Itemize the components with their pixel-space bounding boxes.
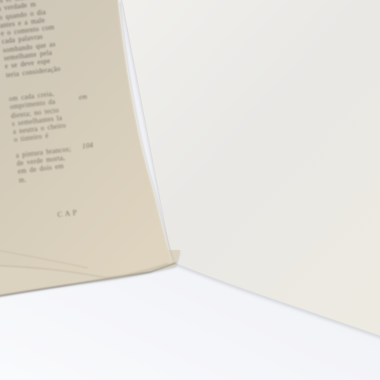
text-line-right-fragment: 104 bbox=[82, 142, 94, 152]
photo-of-book-page: as er mais de a verdade m o quando o dia… bbox=[0, 0, 380, 380]
paragraph: a pintura brancos; 104 de verde morta, e… bbox=[15, 143, 96, 185]
page-text-block: as er mais de a verdade m o quando o dia… bbox=[0, 0, 193, 224]
paragraph: om cada creia, omprimento da em dienta; … bbox=[9, 87, 92, 146]
paragraph: as er mais de a verdade m o quando o dia… bbox=[0, 0, 84, 80]
text-line-fragment: m. bbox=[19, 176, 27, 185]
text-line-right-fragment: em bbox=[78, 94, 87, 103]
